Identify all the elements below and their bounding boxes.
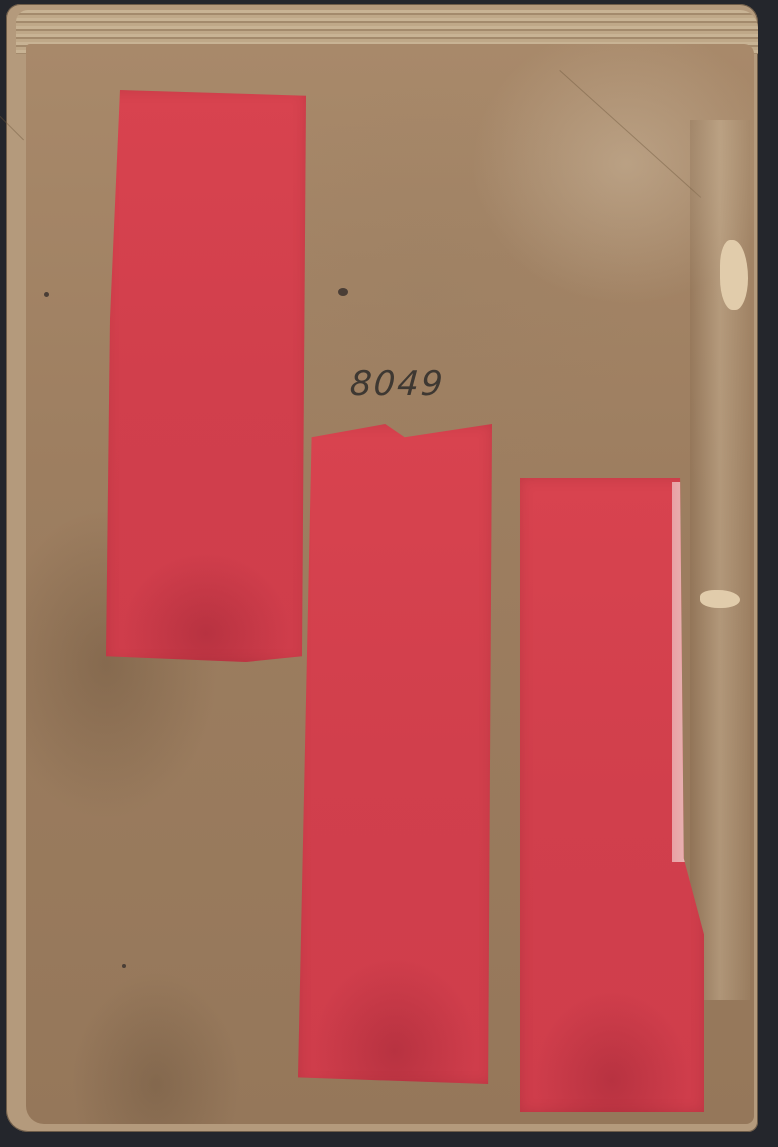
ink-spot <box>122 964 126 968</box>
label-text <box>520 518 704 1072</box>
label-text <box>106 130 306 622</box>
red-label-2 <box>298 424 492 1084</box>
ink-spot <box>338 288 348 296</box>
ink-spot <box>44 292 49 297</box>
red-label-1 <box>106 90 306 662</box>
paper-tear <box>700 590 740 608</box>
label-text <box>298 464 492 1044</box>
red-label-3 <box>520 478 704 1112</box>
handwritten-number: 8049 <box>349 364 446 404</box>
